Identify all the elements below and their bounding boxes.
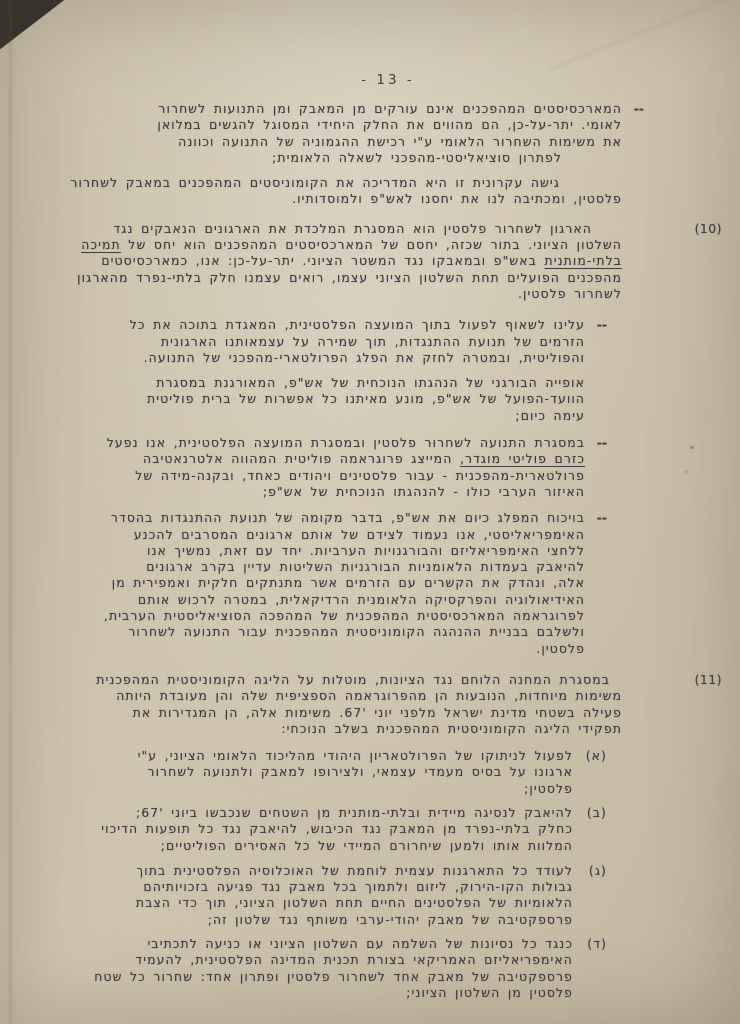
paragraph-block: (10)הארגון לשחרור פלסטין הוא המסגרת המלכ… <box>52 221 622 302</box>
bullet-dash-marker: -- <box>634 101 644 117</box>
text-segment: תפקידי הליגה הקומוניסטית המהפכנית בשלב ה… <box>281 721 622 736</box>
list-letter-marker: (א) <box>586 748 607 764</box>
text-segment: כחלק בלתי-נפרד מן המאבק נגד הכיבוש, להיא… <box>101 821 573 836</box>
text-line: ארגונו על בסיס מעמדי עצמאי, ולצירופו למא… <box>52 764 573 780</box>
text-line: כחלק בלתי-נפרד מן המאבק נגד הכיבוש, להיא… <box>52 821 573 837</box>
paragraph-block: (ב)להיאבק לנסיגה מיידית ובלתי-מותנית מן … <box>52 805 573 854</box>
underlined-text: תמיכה <box>81 237 120 252</box>
text-line: בלתי-מותנית באש"פ ובמאבקו נגד המשטר הציו… <box>52 253 622 269</box>
text-line: והפוליטית, ובמטרה לחזק את הפלג הפרולטארי… <box>52 350 585 366</box>
text-line: פלסטין; <box>52 781 573 797</box>
text-line: פרספקטיבה של מאבק אחד לשחרור פלסטין ופתר… <box>52 969 573 985</box>
text-line: במסגרת המחנה הלוחם נגד הציונות, מוטלות ע… <box>52 672 622 688</box>
text-line: משימות מיוחדות, הנובעות הן מהפרוגראמה הס… <box>52 688 622 704</box>
underlined-text: בלתי-מותנית <box>544 253 622 268</box>
text-segment: האיזור הערבי כולו - להנהגתו הנוכחית של א… <box>263 484 585 499</box>
text-line: הזרמים של תנועת ההתנגדות, תוך שמירה על ע… <box>52 334 585 350</box>
text-line: להיאבק בעמדות הלאומניות הבורגניות השליטו… <box>52 559 585 575</box>
paragraph-number-marker: (11) <box>695 672 722 688</box>
text-segment: לשחרור פלסטין. <box>518 286 622 301</box>
text-segment: הוועד-הפועל של אש"פ, מונע מאיתנו כל אפשר… <box>147 391 585 406</box>
paper-crease-top-right <box>548 0 740 71</box>
text-line: אלה, ונהדק את הקשרים עם הזרמים אשר מתנתק… <box>52 575 585 591</box>
text-segment: לפרוגראמה המארכסיסטית המהפכנית של המהפכה… <box>104 608 585 623</box>
underlined-text: כזרם פוליטי מוגדר, <box>460 451 585 466</box>
text-segment: לעודד כל התארגנות עצמית לוחמת של האוכלוס… <box>136 863 573 878</box>
text-segment: פרולטארית-מהפכנית - עבור פלסטינים ויהודי… <box>135 468 585 483</box>
text-line: בויכוח המפלג כיום את אש"פ, בדבר מקומה של… <box>52 510 585 526</box>
text-line: כנגד כל נסיונות של השלמה עם השלטון הציונ… <box>52 936 573 952</box>
text-line: במסגרת התנועה לשחרור פלסטין ובמסגרת המוע… <box>52 435 585 451</box>
text-segment: פרספקטיבה של מאבק אחד לשחרור פלסטין ופתר… <box>94 969 573 984</box>
text-segment: האידיאולוגיה והפרקסיקה הלאומנית הרדיקאלי… <box>138 592 585 607</box>
text-line: האימפריאליסטי, אנו נעמוד לצידם של אותם א… <box>52 527 585 543</box>
text-segment: ולשלבם בבניית ההנהגה הקומוניסטית המהפכני… <box>128 624 585 639</box>
text-segment: גבולות הקו-הירוק, ליזום ולתמוך בכל מאבק … <box>143 879 573 894</box>
list-letter-marker: (ג) <box>589 863 607 879</box>
text-segment: ללחצי האימפריאליזם והבורגנויות הערביות. … <box>147 543 585 558</box>
text-segment: עימה כיום; <box>515 408 585 423</box>
paragraph-block: --במסגרת התנועה לשחרור פלסטין ובמסגרת המ… <box>52 435 585 500</box>
text-line: האידיאולוגיה והפרקסיקה הלאומנית הרדיקאלי… <box>52 592 585 608</box>
text-line: מהפכנים הפועלים תחת השלטון הציוני עצמו, … <box>52 270 622 286</box>
paragraph-block: גישה עקרונית זו היא המדריכה את הקומוניסט… <box>52 175 622 208</box>
text-segment: השלטון הציוני. בתור שכזה, יחסם של המארכס… <box>121 237 622 252</box>
paragraph-block: --עלינו לשאוף לפעול בתוך המועצה הפלסטיני… <box>52 317 585 366</box>
bullet-dash-marker: -- <box>597 317 607 333</box>
text-segment: פלסטין, ומכתיבה לנו את יחסנו לאש"פ ולמוס… <box>292 191 622 206</box>
text-line: להיאבק לנסיגה מיידית ובלתי-מותנית מן השט… <box>52 805 573 821</box>
scan-speck <box>685 470 688 473</box>
text-line: לשחרור פלסטין. <box>52 286 622 302</box>
text-line: לפרוגראמה המארכסיסטית המהפכנית של המהפכה… <box>52 608 585 624</box>
paragraph-block: (11)במסגרת המחנה הלוחם נגד הציונות, מוטל… <box>52 672 622 737</box>
text-segment: האימפריאליסטי, אנו נעמוד לצידם של אותם א… <box>134 527 585 542</box>
text-segment: המלוות אותו ולמען שיחרורם המיידי של כל ה… <box>161 838 573 853</box>
text-line: ולשלבם בבניית ההנהגה הקומוניסטית המהפכני… <box>52 624 585 640</box>
text-segment: הזרמים של תנועת ההתנגדות, תוך שמירה על ע… <box>161 334 585 349</box>
text-segment: פלסטין. <box>536 641 585 656</box>
text-line: הארגון לשחרור פלסטין הוא המסגרת המלכדת א… <box>52 221 622 237</box>
text-line: לעודד כל התארגנות עצמית לוחמת של האוכלוס… <box>52 863 573 879</box>
text-segment: פלסטין מן השלטון הציוני; <box>406 985 573 1000</box>
text-line: גבולות הקו-הירוק, ליזום ולתמוך בכל מאבק … <box>52 879 573 895</box>
text-segment: משימות מיוחדות, הנובעות הן מהפרוגראמה הס… <box>116 688 622 703</box>
text-line: הוועד-הפועל של אש"פ, מונע מאיתנו כל אפשר… <box>52 391 585 407</box>
scan-speck <box>690 446 694 449</box>
text-line: פרולטארית-מהפכנית - עבור פלסטינים ויהודי… <box>52 468 585 484</box>
text-segment: לפתרון סוציאליסטי-מהפכני לשאלה הלאומית; <box>272 150 562 165</box>
text-segment: להיאבק בעמדות הלאומניות הבורגניות השליטו… <box>146 559 585 574</box>
bullet-dash-marker: -- <box>597 435 607 451</box>
text-segment: את משימות השחרור הלאומי ע"י רכישת ההגמונ… <box>178 134 622 149</box>
text-line: לפעול לניתוקו של הפרולטאריון היהודי מהלי… <box>52 748 573 764</box>
paragraph-block: --המארכסיסטים המהפכנים אינם עורקים מן המ… <box>52 101 622 166</box>
page-number: - 13 - <box>18 72 740 88</box>
text-segment: אלה, ונהדק את הקשרים עם הזרמים אשר מתנתק… <box>112 575 585 590</box>
text-line: עימה כיום; <box>52 408 585 424</box>
list-letter-marker: (ב) <box>587 805 607 821</box>
text-line: כזרם פוליטי מוגדר, המייצג פרוגראמה פוליט… <box>52 451 585 467</box>
text-line: עלינו לשאוף לפעול בתוך המועצה הפלסטינית,… <box>52 317 585 333</box>
text-line: אופייה הבורגני של הנהגתו הנוכחית של אש"פ… <box>52 375 585 391</box>
text-segment: פרספקטיבה של מאבק יהודי-ערבי משותף נגד ש… <box>208 912 573 927</box>
text-line: גישה עקרונית זו היא המדריכה את הקומוניסט… <box>52 175 622 191</box>
text-segment: כנגד כל נסיונות של השלמה עם השלטון הציונ… <box>148 936 573 951</box>
text-segment: בויכוח המפלג כיום את אש"פ, בדבר מקומה של… <box>111 510 585 525</box>
paragraph-block: (ד)כנגד כל נסיונות של השלמה עם השלטון הצ… <box>52 936 573 1001</box>
text-line: המארכסיסטים המהפכנים אינם עורקים מן המאב… <box>52 101 622 117</box>
text-segment: במסגרת התנועה לשחרור פלסטין ובמסגרת המוע… <box>107 435 585 450</box>
text-segment: אופייה הבורגני של הנהגתו הנוכחית של אש"פ… <box>156 375 585 390</box>
text-column: --המארכסיסטים המהפכנים אינם עורקים מן המ… <box>52 101 622 1001</box>
text-segment: מהפכנים הפועלים תחת השלטון הציוני עצמו, … <box>77 270 622 285</box>
text-line: המלוות אותו ולמען שיחרורם המיידי של כל ה… <box>52 838 573 854</box>
text-segment: פלסטין; <box>524 781 573 796</box>
text-line: פלסטין מן השלטון הציוני; <box>52 985 573 1001</box>
paper-crease-left <box>9 0 12 1024</box>
paragraph-block: (א)לפעול לניתוקו של הפרולטאריון היהודי מ… <box>52 748 573 797</box>
text-line: לפתרון סוציאליסטי-מהפכני לשאלה הלאומית; <box>52 150 622 166</box>
text-line: הלאומיות של הפלסטינים החיים תחת השלטון ה… <box>52 895 573 911</box>
text-segment: באש"פ ובמאבקו נגד המשטר הציוני. יתר-על-כ… <box>101 253 544 268</box>
text-segment: להיאבק לנסיגה מיידית ובלתי-מותנית מן השט… <box>136 805 573 820</box>
text-segment: גישה עקרונית זו היא המדריכה את הקומוניסט… <box>70 175 560 190</box>
text-line: ללחצי האימפריאליזם והבורגנויות הערביות. … <box>52 543 585 559</box>
text-segment: לאומי. יתר-על-כן, הם מהווים את החלק היחי… <box>157 117 622 132</box>
text-line: את משימות השחרור הלאומי ע"י רכישת ההגמונ… <box>52 134 622 150</box>
text-segment: המארכסיסטים המהפכנים אינם עורקים מן המאב… <box>158 101 622 116</box>
paragraph-block: --בויכוח המפלג כיום את אש"פ, בדבר מקומה … <box>52 510 585 657</box>
text-line: פלסטין, ומכתיבה לנו את יחסנו לאש"פ ולמוס… <box>52 191 622 207</box>
scanned-document-page: - 13 - --המארכסיסטים המהפכנים אינם עורקי… <box>0 0 740 1024</box>
paragraph-block: (ג)לעודד כל התארגנות עצמית לוחמת של האוכ… <box>52 863 573 928</box>
text-segment: לפעול לניתוקו של הפרולטאריון היהודי מהלי… <box>138 748 573 763</box>
paragraph-number-marker: (10) <box>695 221 722 237</box>
text-segment: המייצג פרוגראמה פוליטית המהווה אלטרנאטיב… <box>143 451 460 466</box>
text-segment: הלאומיות של הפלסטינים החיים תחת השלטון ה… <box>136 895 573 910</box>
bullet-dash-marker: -- <box>597 510 607 526</box>
paragraph-block: אופייה הבורגני של הנהגתו הנוכחית של אש"פ… <box>52 375 585 424</box>
text-line: תפקידי הליגה הקומוניסטית המהפכנית בשלב ה… <box>52 721 622 737</box>
text-segment: ארגונו על בסיס מעמדי עצמאי, ולצירופו למא… <box>147 764 573 779</box>
text-segment: והפוליטית, ובמטרה לחזק את הפלג הפרולטארי… <box>144 350 585 365</box>
text-line: השלטון הציוני. בתור שכזה, יחסם של המארכס… <box>52 237 622 253</box>
text-line: לאומי. יתר-על-כן, הם מהווים את החלק היחי… <box>52 117 622 133</box>
text-line: האימפריאליזם האמריקאי בצורת תכנית המדינה… <box>52 952 573 968</box>
text-segment: הארגון לשחרור פלסטין הוא המסגרת המלכדת א… <box>113 221 592 236</box>
text-segment: עלינו לשאוף לפעול בתוך המועצה הפלסטינית,… <box>130 317 585 332</box>
text-line: פרספקטיבה של מאבק יהודי-ערבי משותף נגד ש… <box>52 912 573 928</box>
list-letter-marker: (ד) <box>587 936 607 952</box>
text-line: פעילה בשטחי מדינת ישראל מלפני יוני '67. … <box>52 705 622 721</box>
text-line: האיזור הערבי כולו - להנהגתו הנוכחית של א… <box>52 484 585 500</box>
text-line: פלסטין. <box>52 641 585 657</box>
text-segment: האימפריאליזם האמריקאי בצורת תכנית המדינה… <box>135 952 573 967</box>
text-segment: במסגרת המחנה הלוחם נגד הציונות, מוטלות ע… <box>96 672 610 687</box>
text-segment: פעילה בשטחי מדינת ישראל מלפני יוני '67. … <box>133 705 622 720</box>
